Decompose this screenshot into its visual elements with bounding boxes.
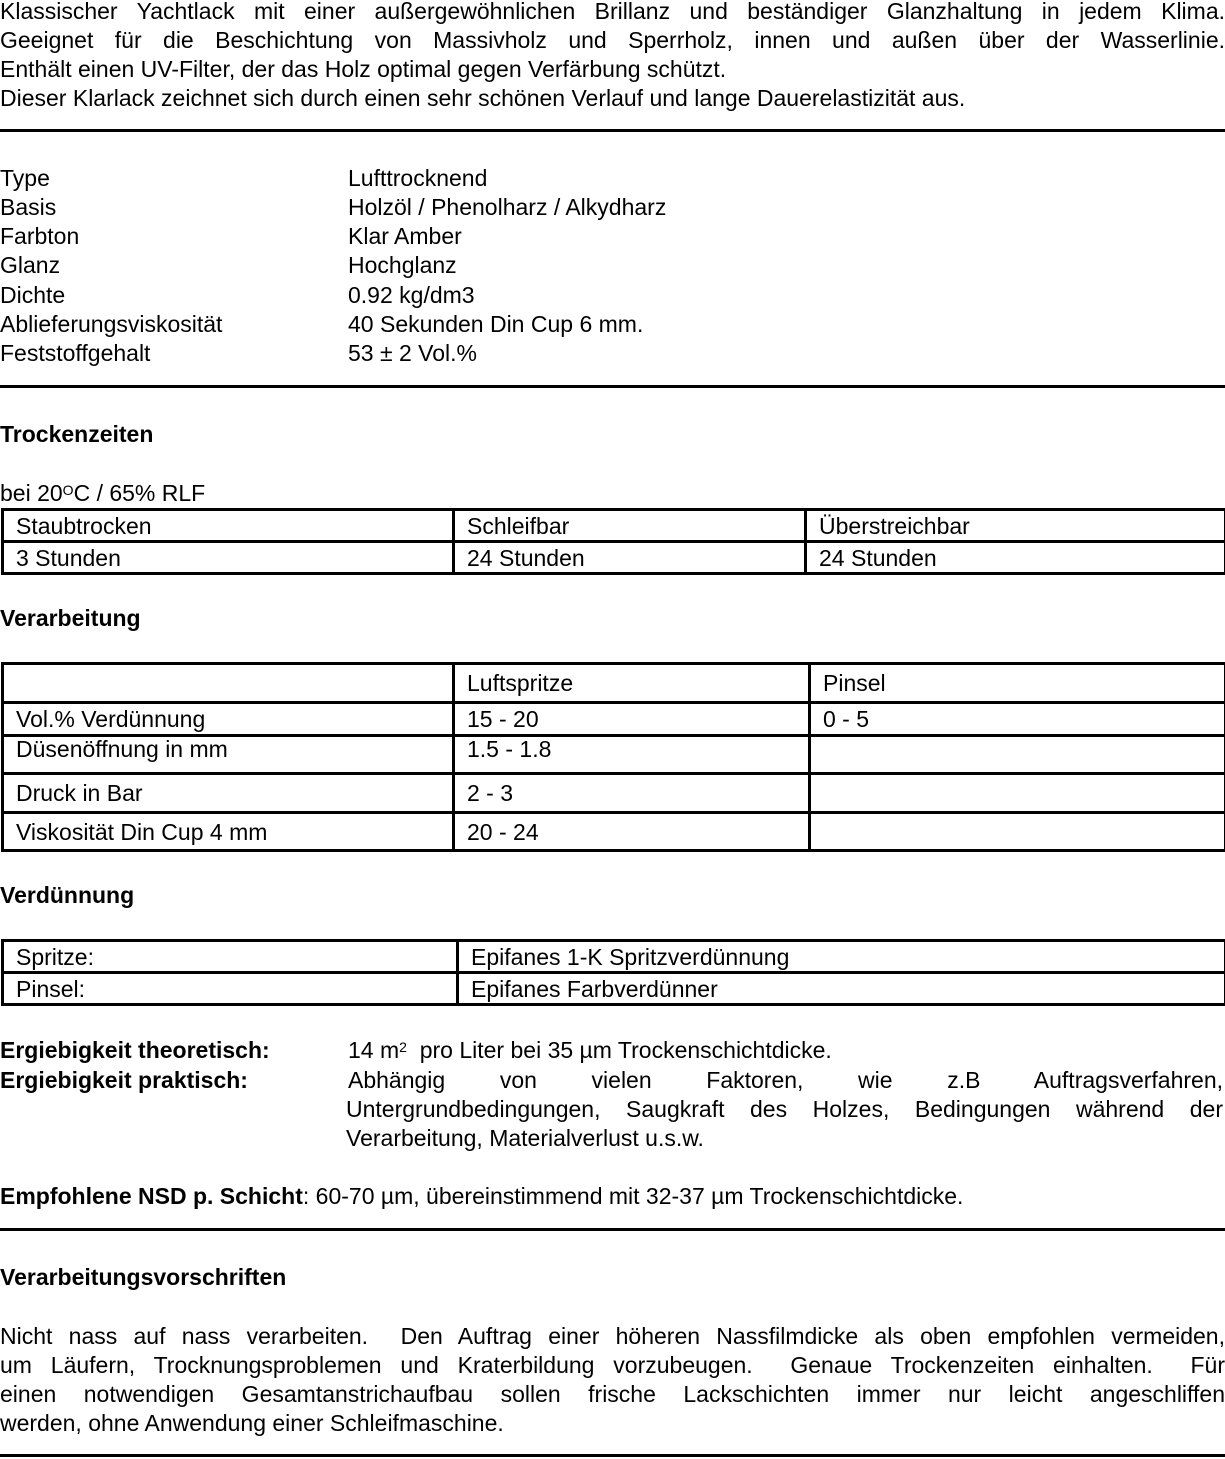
table-cell: 24 Stunden	[454, 542, 806, 574]
drying-condition: bei 20OC / 65% RLF	[0, 479, 205, 508]
table-cell: 15 - 20	[454, 703, 810, 736]
yield-practical-line: Verarbeitung, Materialverlust u.s.w.	[346, 1124, 704, 1153]
intro-line: Enthält einen UV-Filter, der das Holz op…	[0, 55, 726, 84]
table-cell: 0 - 5	[810, 703, 1225, 736]
yield-theoretical-label: Ergiebigkeit theoretisch:	[0, 1036, 270, 1065]
property-label: Feststoffgehalt	[0, 339, 150, 368]
yield-theoretical-value: 14 m2 pro Liter bei 35 µm Trockenschicht…	[348, 1036, 832, 1065]
condition-text: C / 65% RLF	[74, 480, 206, 506]
table-cell: Epifanes 1-K Spritzverdünnung	[458, 941, 1225, 973]
property-label: Type	[0, 164, 50, 193]
table-header-cell: Pinsel	[810, 664, 1225, 703]
table-cell: 20 - 24	[454, 813, 810, 851]
thinning-heading: Verdünnung	[0, 881, 134, 910]
yield-text: 14 m	[348, 1037, 399, 1063]
table-header-cell: Staubtrocken	[3, 510, 454, 542]
intro-line: Klassischer Yachtlack mit einer außergew…	[0, 0, 1225, 26]
yield-practical-line: Untergrundbedingungen, Saugkraft des Hol…	[346, 1095, 1223, 1124]
table-cell: Vol.% Verdünnung	[3, 703, 454, 736]
table-cell: Pinsel:	[3, 973, 458, 1005]
drying-heading: Trockenzeiten	[0, 420, 153, 449]
property-value: Lufttrocknend	[348, 164, 487, 193]
table-cell: 2 - 3	[454, 774, 810, 813]
drying-table: Staubtrocken Schleifbar Überstreichbar 3…	[1, 508, 1225, 575]
property-label: Dichte	[0, 281, 65, 310]
table-cell	[810, 774, 1225, 813]
wet-film-label: Empfohlene NSD p. Schicht	[0, 1183, 303, 1209]
property-label: Ablieferungsviskosität	[0, 310, 222, 339]
divider	[0, 129, 1225, 132]
property-value: 40 Sekunden Din Cup 6 mm.	[348, 310, 643, 339]
table-row: Staubtrocken Schleifbar Überstreichbar	[3, 510, 1225, 542]
instructions-line: Nicht nass auf nass verarbeiten. Den Auf…	[0, 1322, 1225, 1351]
table-row: Pinsel: Epifanes Farbverdünner	[3, 973, 1225, 1005]
yield-practical-label: Ergiebigkeit praktisch:	[0, 1066, 248, 1095]
wet-film-value: : 60-70 µm, übereinstimmend mit 32-37 µm…	[303, 1183, 964, 1209]
table-cell	[810, 736, 1225, 774]
property-value: 0.92 kg/dm3	[348, 281, 475, 310]
yield-practical-line: Abhängig von vielen Faktoren, wie z.B Au…	[348, 1066, 1223, 1095]
table-header-cell: Überstreichbar	[806, 510, 1225, 542]
property-label: Glanz	[0, 251, 60, 280]
processing-heading: Verarbeitung	[0, 604, 141, 633]
yield-text: pro Liter bei 35 µm Trockenschichtdicke.	[407, 1037, 832, 1063]
table-row: 3 Stunden 24 Stunden 24 Stunden	[3, 542, 1225, 574]
squared-sup: 2	[399, 1039, 407, 1055]
table-row: Spritze: Epifanes 1-K Spritzverdünnung	[3, 941, 1225, 973]
table-cell	[810, 813, 1225, 851]
table-row: Luftspritze Pinsel	[3, 664, 1225, 703]
property-value: Klar Amber	[348, 222, 462, 251]
table-cell: Viskosität Din Cup 4 mm	[3, 813, 454, 851]
divider	[0, 1228, 1225, 1231]
instructions-heading: Verarbeitungsvorschriften	[0, 1263, 286, 1292]
table-row: Vol.% Verdünnung 15 - 20 0 - 5	[3, 703, 1225, 736]
instructions-line: einen notwendigen Gesamtanstrichaufbau s…	[0, 1380, 1225, 1409]
property-value: Holzöl / Phenolharz / Alkydharz	[348, 193, 666, 222]
table-cell: Spritze:	[3, 941, 458, 973]
processing-table: Luftspritze Pinsel Vol.% Verdünnung 15 -…	[1, 662, 1225, 852]
table-row: Viskosität Din Cup 4 mm 20 - 24	[3, 813, 1225, 851]
property-value: 53 ± 2 Vol.%	[348, 339, 477, 368]
instructions-line: um Läufern, Trocknungsproblemen und Krat…	[0, 1351, 1225, 1380]
instructions-line: werden, ohne Anwendung einer Schleifmasc…	[0, 1409, 504, 1438]
table-cell: Düsenöffnung in mm	[3, 736, 454, 774]
divider	[0, 1454, 1225, 1457]
property-label: Basis	[0, 193, 56, 222]
table-cell: 3 Stunden	[3, 542, 454, 574]
wet-film-recommendation: Empfohlene NSD p. Schicht: 60-70 µm, übe…	[0, 1182, 963, 1211]
table-cell: 1.5 - 1.8	[454, 736, 810, 774]
table-header-cell	[3, 664, 454, 703]
table-row: Druck in Bar 2 - 3	[3, 774, 1225, 813]
property-label: Farbton	[0, 222, 79, 251]
table-cell: Druck in Bar	[3, 774, 454, 813]
intro-line: Dieser Klarlack zeichnet sich durch eine…	[0, 84, 965, 113]
degree-sup: O	[63, 482, 74, 498]
table-row: Düsenöffnung in mm 1.5 - 1.8	[3, 736, 1225, 774]
table-cell: Epifanes Farbverdünner	[458, 973, 1225, 1005]
thinning-table: Spritze: Epifanes 1-K Spritzverdünnung P…	[1, 939, 1225, 1006]
divider	[0, 385, 1225, 388]
condition-text: bei 20	[0, 480, 63, 506]
intro-line: Geeignet für die Beschichtung von Massiv…	[0, 26, 1225, 55]
table-header-cell: Luftspritze	[454, 664, 810, 703]
table-header-cell: Schleifbar	[454, 510, 806, 542]
table-cell: 24 Stunden	[806, 542, 1225, 574]
property-value: Hochglanz	[348, 251, 457, 280]
